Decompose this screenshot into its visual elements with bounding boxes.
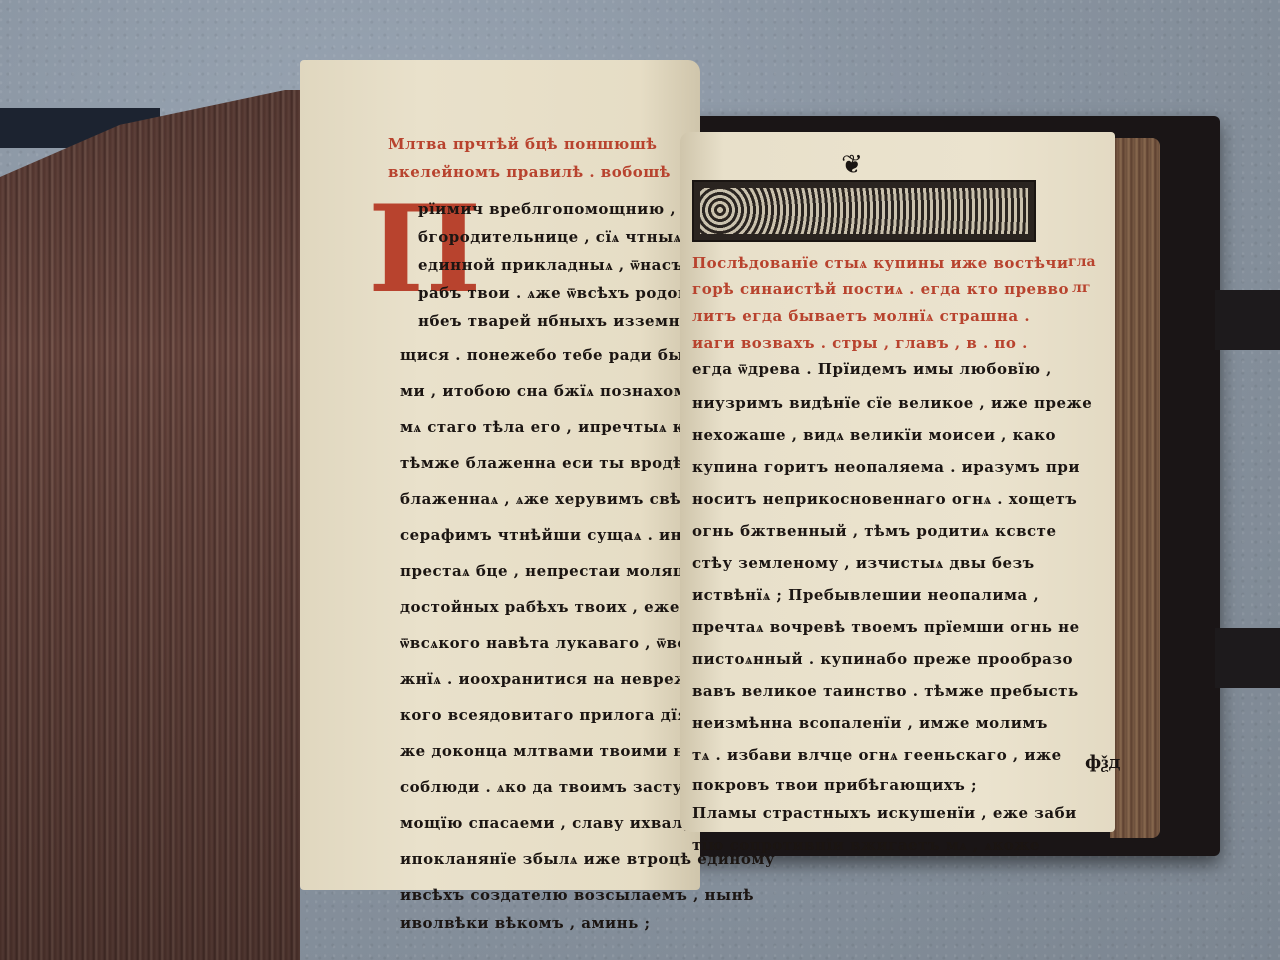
text-line: ивсѣхъ создателю возсылаемъ , нынѣ bbox=[400, 886, 754, 904]
left-page: Млтва прчтѣй бцѣ поншюшѣ вкелейномъ прав… bbox=[300, 60, 700, 890]
text-line: пречтаѧ вочревѣ твоемъ прїемши огнь не bbox=[692, 618, 1080, 637]
right-page: ❦ Послѣдованїе стыѧ купины иже востѣчи г… bbox=[680, 132, 1115, 832]
rubric-line: иаги возвахъ . стры , главъ , в . по . bbox=[692, 334, 1028, 352]
text-line: тїю сопротивнїи вжигаетъ мѧ , ѧкоже bbox=[692, 836, 1040, 855]
headpiece-ornament bbox=[700, 188, 1028, 234]
text-line: покровъ твои прибѣгающихъ ; bbox=[692, 776, 977, 794]
text-line: вавъ великое таинство . тѣмже пребысть bbox=[692, 682, 1079, 700]
margin-note: гла bbox=[1068, 254, 1096, 270]
rubric-line: Млтва прчтѣй бцѣ поншюшѣ bbox=[388, 135, 657, 153]
rubric-line: Послѣдованїе стыѧ купины иже востѣчи bbox=[692, 254, 1069, 273]
text-line: Пламы страстныхъ искушенїи , еже заби bbox=[692, 804, 1077, 822]
rubric-line: литъ егда бываетъ молнїѧ страшна . bbox=[692, 307, 1030, 326]
rubric-line: горѣ синаистѣй постиѧ . егда кто превво bbox=[692, 280, 1069, 299]
text-line: серафимъ чтнѣйши сущаѧ . инынѣ bbox=[400, 526, 720, 545]
text-line: тѧ . избави влчце огнѧ гееньскаго , иже bbox=[692, 746, 1062, 765]
text-line: престаѧ бце , непрестаи молящиѧ bbox=[400, 562, 709, 581]
ornamental-headpiece bbox=[692, 180, 1036, 242]
text-line: огнь бжтвенный , тѣмъ родитиѧ ксвсте bbox=[692, 522, 1057, 541]
text-line: иволвѣки вѣкомъ , аминь ; bbox=[400, 914, 651, 932]
clasp-strap-bottom bbox=[1215, 628, 1280, 688]
headpiece-crown-ornament: ❦ bbox=[830, 150, 874, 180]
text-line: пистоѧнный . купинабо преже прообразо bbox=[692, 650, 1073, 669]
folio-number: фѯд bbox=[1085, 752, 1120, 773]
text-line: купина горитъ неопаляема . иразумъ при bbox=[692, 458, 1080, 476]
text-line: мѧ стаго тѣла его , ипречтыѧ крове bbox=[400, 418, 727, 437]
text-line: носитъ неприкосновеннаго огнѧ . хощетъ bbox=[692, 490, 1077, 509]
left-page-block-edges bbox=[0, 90, 300, 960]
text-line: егда ѿдрева . Прїидемъ имы любовїю , bbox=[692, 360, 1052, 379]
clasp-strap-top bbox=[1215, 290, 1280, 350]
margin-note: лг bbox=[1072, 280, 1090, 296]
text-line: неизмѣнна всопаленїи , имже молимъ bbox=[692, 714, 1048, 732]
text-line: ниузримъ видѣнїе сїе великое , иже преже bbox=[692, 394, 1092, 412]
text-line: иствѣнїѧ ; Пребывлешии неопалима , bbox=[692, 586, 1039, 605]
text-line: нехожаше , видѧ великїи моисеи , како bbox=[692, 426, 1056, 445]
text-line: стѣу земленому , изчистыѧ двы безъ bbox=[692, 554, 1035, 573]
right-page-block-edges bbox=[1110, 138, 1160, 838]
